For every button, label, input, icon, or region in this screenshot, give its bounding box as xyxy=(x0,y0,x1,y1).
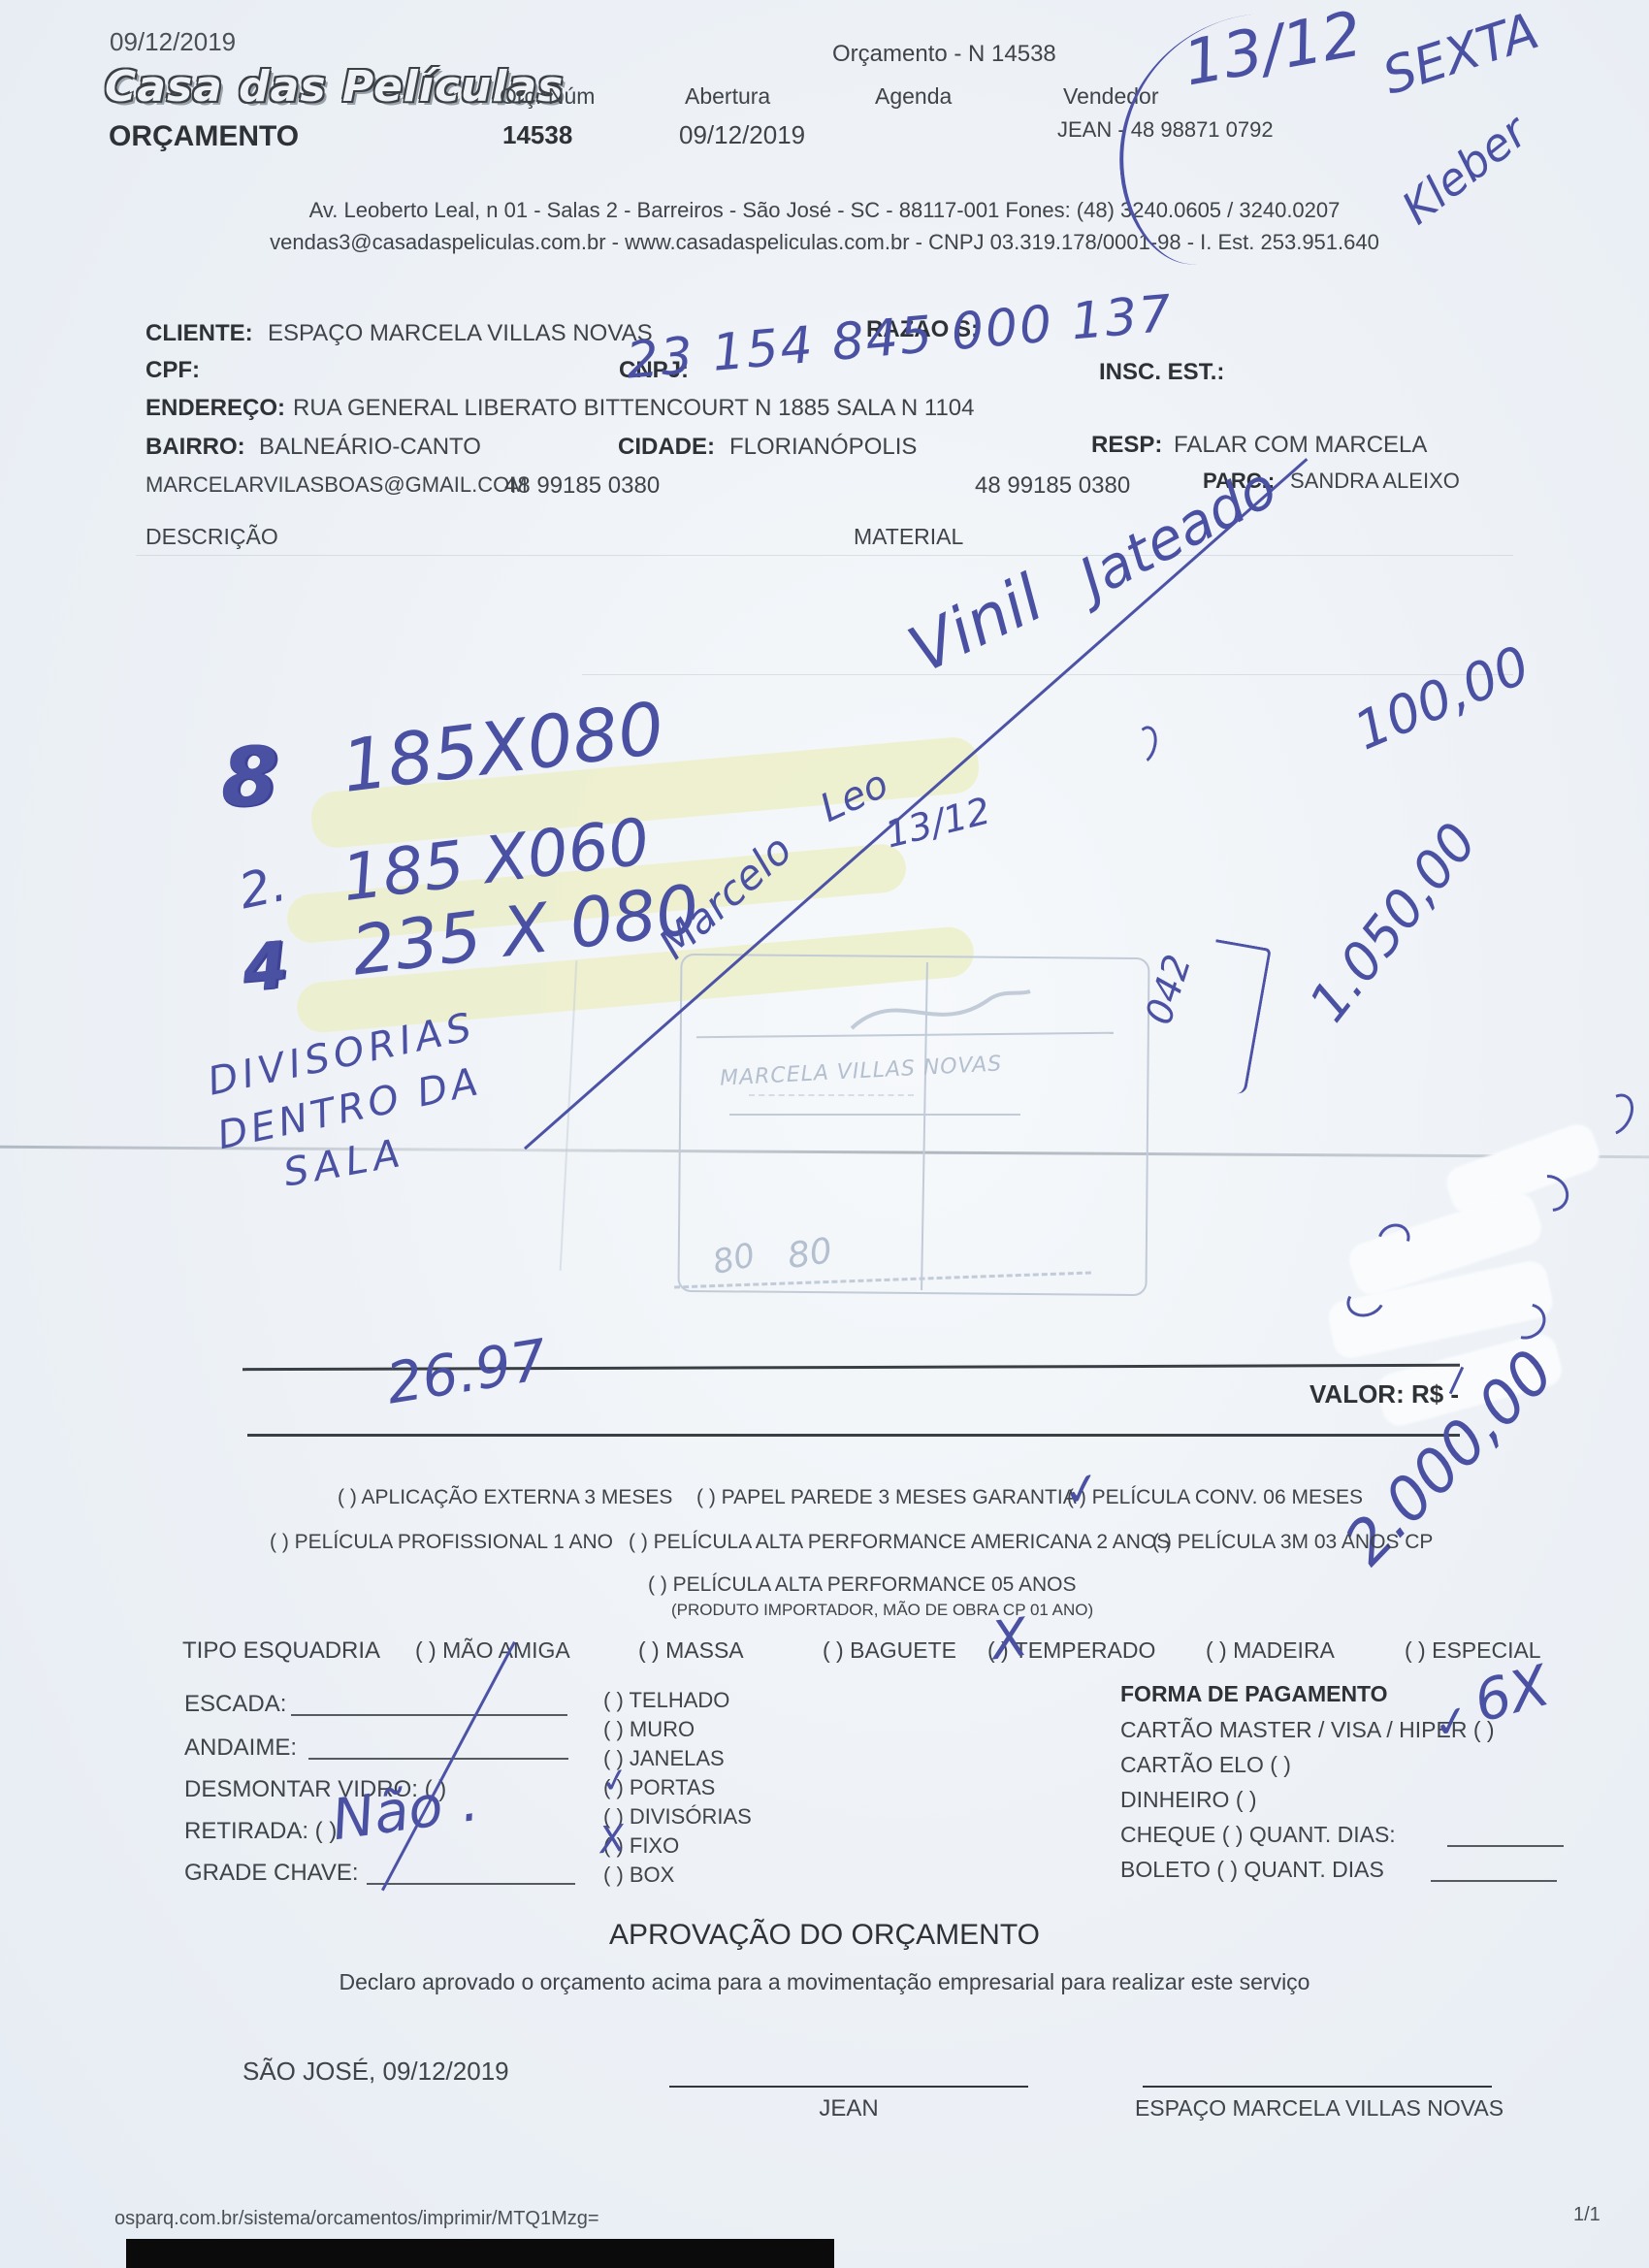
rule-line xyxy=(247,1434,1460,1437)
signature-label-vendor: JEAN xyxy=(669,2095,1028,2122)
measure-qty-3: 4 xyxy=(240,927,290,1006)
escada-blank xyxy=(291,1693,567,1716)
form-rule xyxy=(136,555,1513,556)
pen-x-fixo: X xyxy=(598,1817,628,1862)
approval-place-date: SÃO JOSÉ, 09/12/2019 xyxy=(242,2057,509,2087)
ink-mark xyxy=(1592,1087,1641,1142)
scanned-budget-document: MARCELA VILLAS NOVAS 80 80 09/12/2019 Ca… xyxy=(0,0,1649,2268)
sketch-scribble xyxy=(749,1094,914,1096)
footer-url: osparq.com.br/sistema/orcamentos/imprimi… xyxy=(114,2208,599,2230)
signature-label-client: ESPAÇO MARCELA VILLAS NOVAS xyxy=(1130,2095,1508,2122)
agenda-label: Agenda xyxy=(875,83,952,110)
handwritten-cnpj: 23 154 845 000 137 xyxy=(624,284,1175,390)
option-alta-performance-05-sub: (PRODUTO IMPORTADOR, MÃO DE OBRA CP 01 A… xyxy=(671,1601,1093,1620)
valor-label: VALOR: R$ - xyxy=(1309,1379,1459,1409)
andaime-blank xyxy=(308,1736,568,1760)
escada-label: ESCADA: xyxy=(184,1691,286,1718)
cidade-label: CIDADE: xyxy=(618,434,715,461)
pen-diagonal-strike xyxy=(381,1641,516,1891)
descricao-header: DESCRIÇÃO xyxy=(145,524,278,550)
scanner-artifact-bar xyxy=(126,2239,834,2268)
sketch-hline xyxy=(729,1114,1020,1116)
doc-type: ORÇAMENTO xyxy=(109,120,299,153)
handwritten-price-2: 1.050,00 xyxy=(1297,812,1489,1033)
signature-line-vendor xyxy=(669,2086,1028,2088)
resp-value: FALAR COM MARCELA xyxy=(1174,432,1427,459)
payment-dinheiro: DINHEIRO ( ) xyxy=(1120,1787,1257,1813)
abertura-label: Abertura xyxy=(685,83,770,110)
tipo-esquadria-label: TIPO ESQUADRIA xyxy=(182,1637,380,1665)
measure-qty-2: 2. xyxy=(234,856,291,921)
payment-boleto: BOLETO ( ) QUANT. DIAS xyxy=(1120,1857,1384,1883)
pen-bracket xyxy=(1190,939,1272,1095)
approval-declaration: Declaro aprovado o orçamento acima para … xyxy=(291,1969,1358,1995)
cliente-value: ESPAÇO MARCELA VILLAS NOVAS xyxy=(268,320,653,347)
service-muro: ( ) MURO xyxy=(603,1717,695,1742)
order-num-label: Orç. Núm xyxy=(500,83,595,110)
payment-title: FORMA DE PAGAMENTO xyxy=(1120,1681,1388,1707)
andaime-label: ANDAIME: xyxy=(184,1734,297,1762)
resp-label: RESP: xyxy=(1091,432,1162,459)
handwritten-weekday: SEXTA xyxy=(1376,2,1546,107)
service-box: ( ) BOX xyxy=(603,1863,674,1888)
handwritten-parcelas: 6X xyxy=(1468,1652,1557,1735)
client-phone1: 48 99185 0380 xyxy=(504,472,660,500)
payment-cartao-elo: CARTÃO ELO ( ) xyxy=(1120,1752,1291,1778)
page-number: 1/1 xyxy=(1573,2204,1600,2226)
doc-ref: Orçamento - N 14538 xyxy=(832,41,1056,68)
pen-check-cartao: ✓ xyxy=(1430,1695,1473,1750)
tipo-madeira: ( ) MADEIRA xyxy=(1206,1637,1335,1664)
option-pelicula-conv: ( ) PELÍCULA CONV. 06 MESES xyxy=(1067,1486,1363,1509)
tipo-massa: ( ) MASSA xyxy=(638,1637,744,1664)
cpf-label: CPF: xyxy=(145,357,200,384)
service-telhado: ( ) TELHADO xyxy=(603,1688,729,1713)
company-contacts: vendas3@casadaspeliculas.com.br - www.ca… xyxy=(175,230,1474,255)
order-num: 14538 xyxy=(502,120,572,150)
company-logo: Casa das Películas xyxy=(105,62,564,112)
endereco-label: ENDEREÇO: xyxy=(145,395,285,422)
sketch-squiggle xyxy=(844,978,1038,1046)
insc-label: INSC. EST.: xyxy=(1099,359,1224,386)
measure-qty-1: 8 xyxy=(221,729,277,825)
cidade-value: FLORIANÓPOLIS xyxy=(729,434,917,461)
option-alta-performance-05: ( ) PELÍCULA ALTA PERFORMANCE 05 ANOS xyxy=(648,1573,1077,1597)
payment-cheque: CHEQUE ( ) QUANT. DIAS: xyxy=(1120,1822,1396,1848)
boleto-dias-blank xyxy=(1431,1859,1557,1882)
parc-value: SANDRA ALEIXO xyxy=(1290,469,1460,494)
client-email: MARCELARVILASBOAS@GMAIL.COM xyxy=(145,472,528,498)
sketch-dim: 80 xyxy=(785,1231,834,1277)
approval-title: APROVAÇÃO DO ORÇAMENTO xyxy=(339,1919,1309,1952)
scan-date: 09/12/2019 xyxy=(110,27,236,57)
retirada-label: RETIRADA: ( ) xyxy=(184,1818,337,1845)
option-alta-performance-americana: ( ) PELÍCULA ALTA PERFORMANCE AMERICANA … xyxy=(629,1531,1170,1554)
client-phone2: 48 99185 0380 xyxy=(975,472,1130,500)
bairro-label: BAIRRO: xyxy=(145,434,245,461)
handwritten-date-note: 13/12 xyxy=(881,789,994,856)
material-header: MATERIAL xyxy=(854,524,963,550)
handwritten-subtotal: 26.97 xyxy=(382,1326,552,1416)
option-aplicacao-externa: ( ) APLICAÇÃO EXTERNA 3 MESES xyxy=(338,1486,672,1509)
signature-line-client xyxy=(1143,2086,1492,2088)
bairro-value: BALNEÁRIO-CANTO xyxy=(259,434,481,461)
cliente-label: CLIENTE: xyxy=(145,320,253,347)
grade-chave-label: GRADE CHAVE: xyxy=(184,1860,359,1887)
grade-chave-blank xyxy=(367,1862,575,1885)
tipo-mao-amiga: ( ) MÃO AMIGA xyxy=(415,1637,570,1664)
handwritten-material: Vinil xyxy=(897,561,1053,688)
handwritten-price-1: 100,00 xyxy=(1345,634,1538,762)
abertura-value: 09/12/2019 xyxy=(679,120,805,150)
option-3m: ( ) PELÍCULA 3M 03 ANOS CP xyxy=(1152,1531,1433,1554)
ink-mark xyxy=(1128,724,1161,767)
company-address: Av. Leoberto Leal, n 01 - Salas 2 - Barr… xyxy=(175,198,1474,223)
service-divisorias: ( ) DIVISÓRIAS xyxy=(603,1804,752,1830)
tipo-baguete: ( ) BAGUETE xyxy=(823,1637,956,1664)
cheque-dias-blank xyxy=(1447,1824,1564,1847)
endereco-value: RUA GENERAL LIBERATO BITTENCOURT N 1885 … xyxy=(293,395,975,422)
pen-check-pelicula-conv: ✓ xyxy=(1059,1460,1105,1518)
option-profissional: ( ) PELÍCULA PROFISSIONAL 1 ANO xyxy=(270,1531,613,1554)
form-rule xyxy=(582,674,1513,675)
option-papel-parede: ( ) PAPEL PAREDE 3 MESES GARANTIA xyxy=(696,1486,1077,1509)
